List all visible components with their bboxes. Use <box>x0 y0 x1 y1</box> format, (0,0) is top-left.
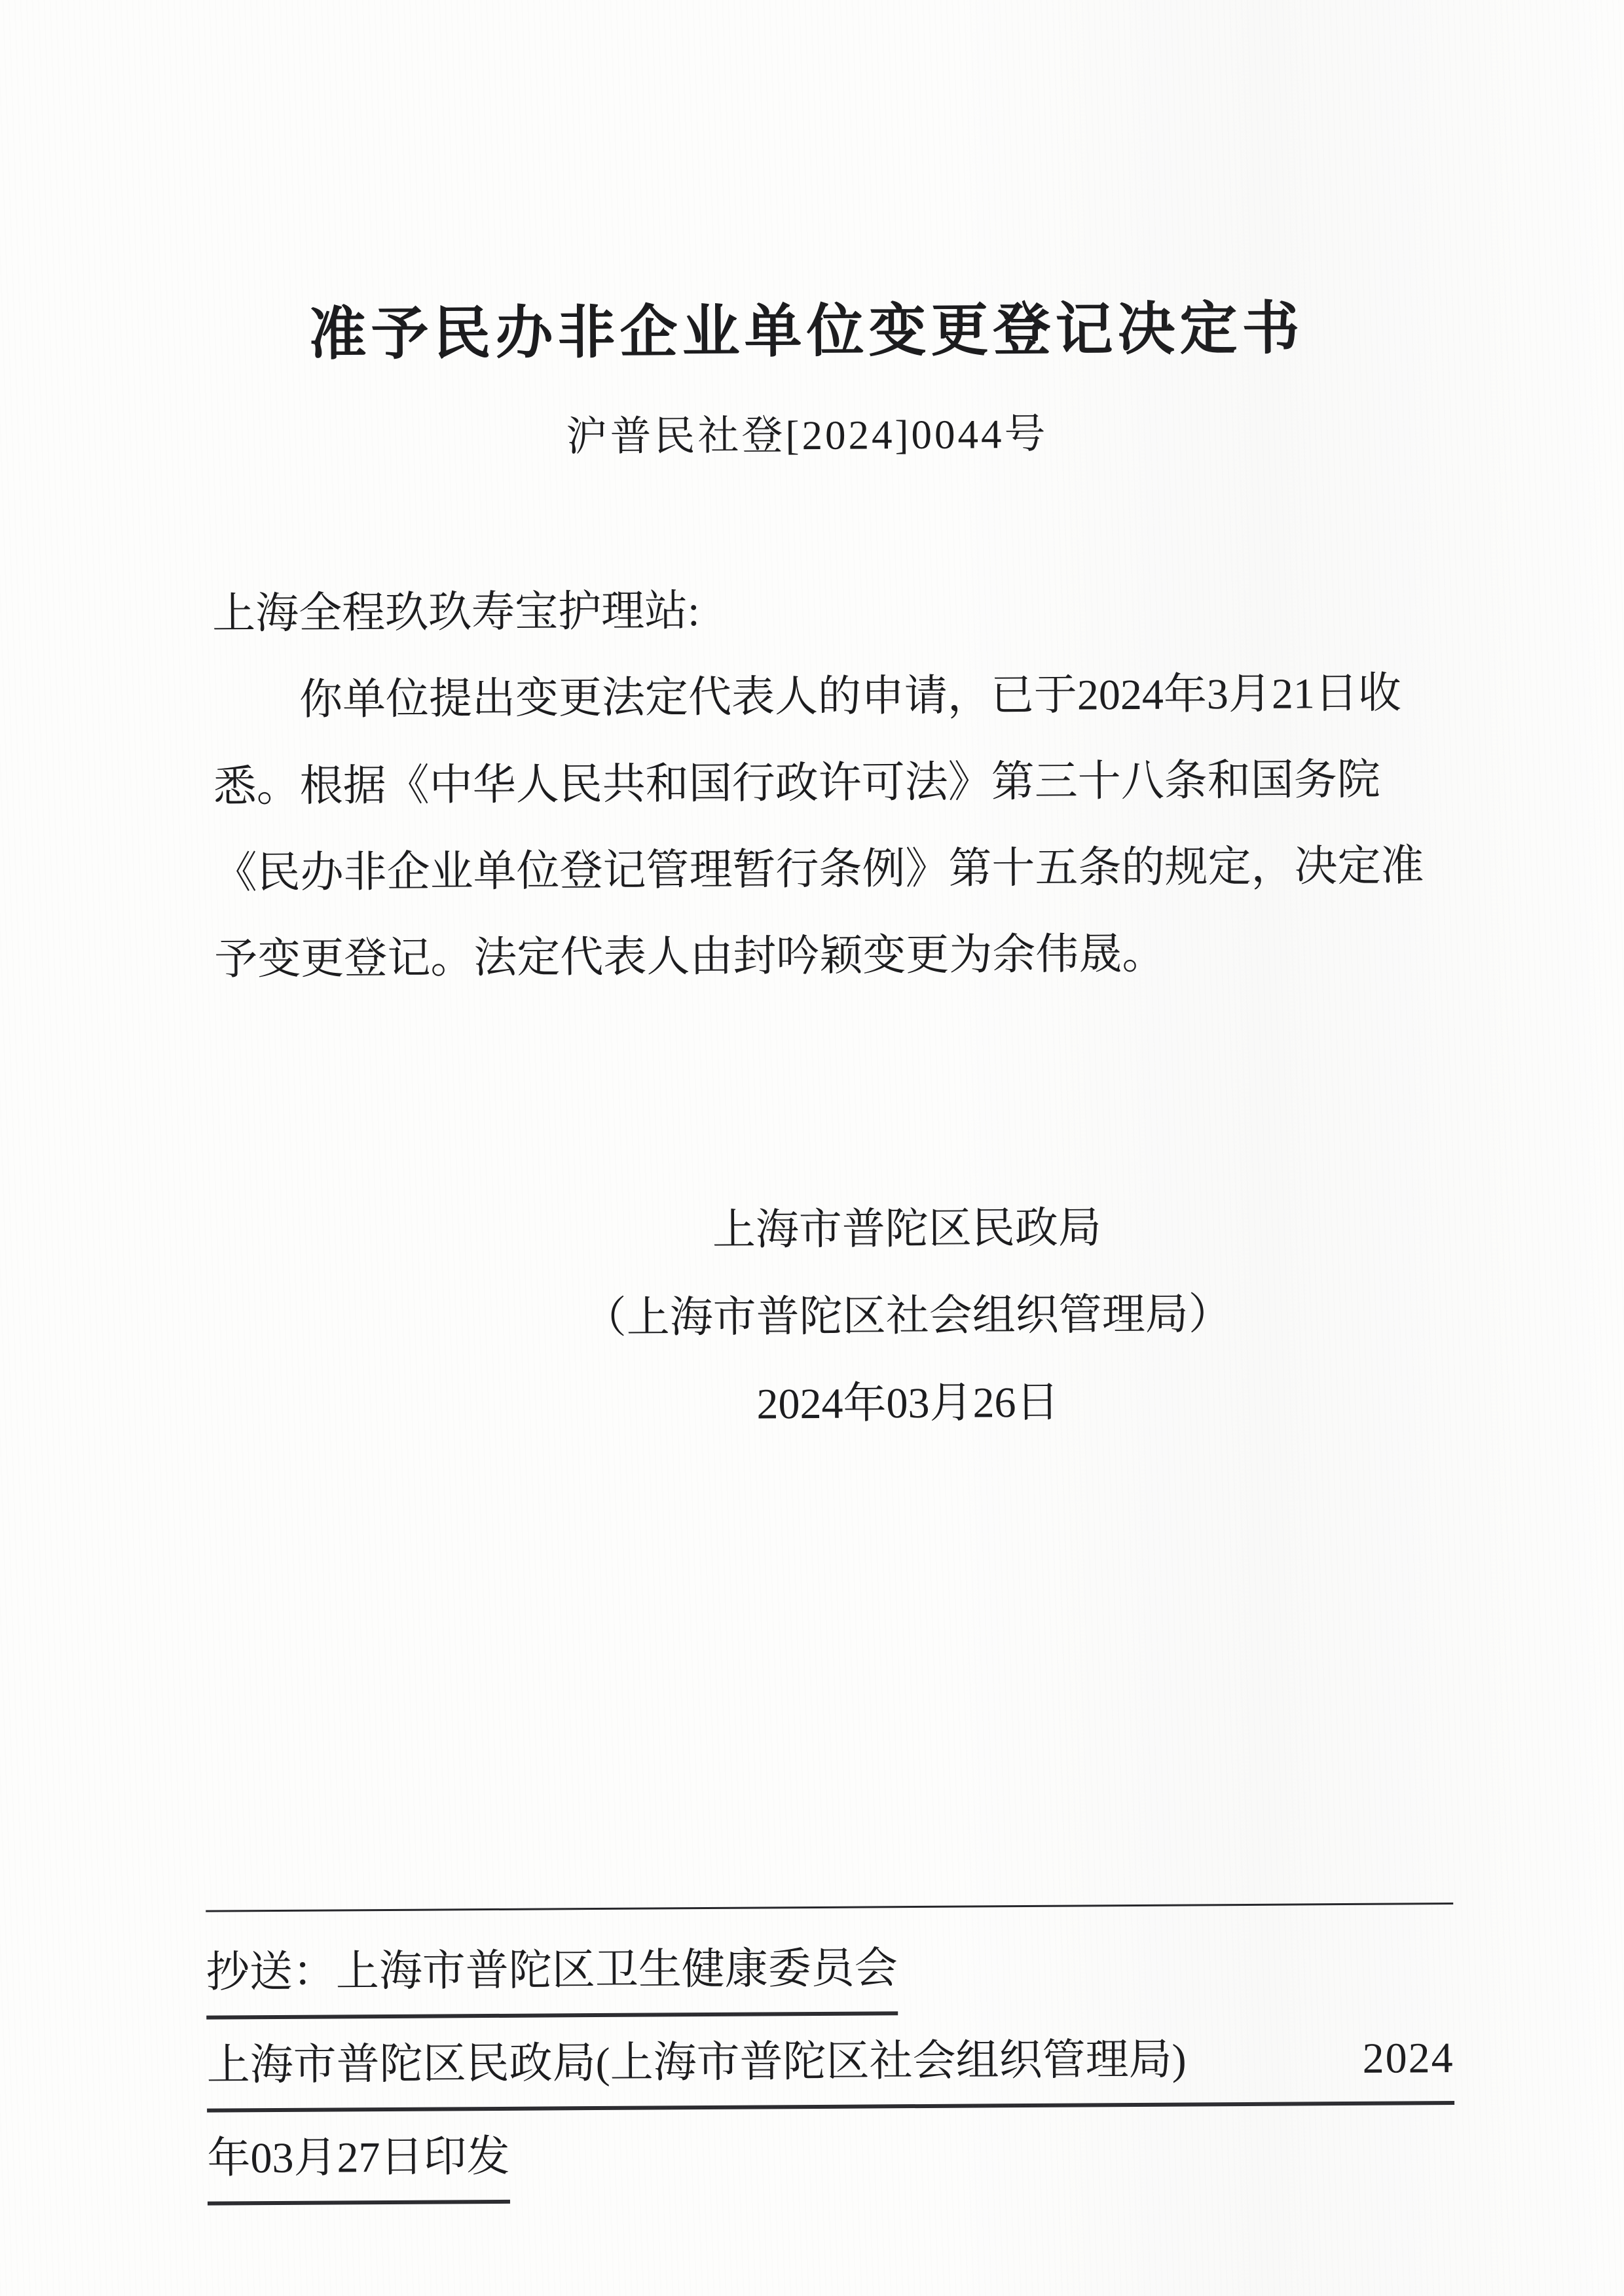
body-line: 予变更登记。法定代表人由封吟颖变更为余伟晟。 <box>214 909 1420 1003</box>
document-title: 准予民办非企业单位变更登记决定书 <box>0 280 1619 373</box>
document-page: 准予民办非企业单位变更登记决定书 沪普民社登[2024]0044号 上海全程玖玖… <box>0 0 1624 2296</box>
document-footer: 抄送：上海市普陀区卫生健康委员会 上海市普陀区民政局(上海市普陀区社会组织管理局… <box>206 1903 1455 2206</box>
signature-org-alt: （上海市普陀区社会组织管理局） <box>311 1269 1504 1364</box>
document-number: 沪普民社登[2024]0044号 <box>0 397 1619 466</box>
recipient-line: 上海全程玖玖寿宝护理站: <box>212 564 1418 657</box>
issue-date-line: 年03月27日印发 <box>207 2115 510 2206</box>
signature-date: 2024年03月26日 <box>312 1357 1504 1451</box>
body-line: 悉。根据《中华人民共和国行政许可法》第三十八条和国务院 <box>213 737 1418 830</box>
signature-block: 上海市普陀区民政局 （上海市普陀区社会组织管理局） 2024年03月26日 <box>311 1182 1504 1451</box>
issue-org: 上海市普陀区民政局(上海市普陀区社会组织管理局) <box>206 2018 1187 2109</box>
signature-org: 上海市普陀区民政局 <box>311 1182 1504 1277</box>
document-sheet: 准予民办非企业单位变更登记决定书 沪普民社登[2024]0044号 上海全程玖玖… <box>0 0 1624 2296</box>
issue-year: 2024 <box>1362 2016 1454 2102</box>
body-line: 你单位提出变更法定代表人的申请，已于2024年3月21日收 <box>213 650 1418 744</box>
issue-line: 上海市普陀区民政局(上海市普陀区社会组织管理局) 2024 <box>206 2016 1454 2113</box>
cc-line: 抄送：上海市普陀区卫生健康委员会 <box>206 1926 898 2019</box>
body-line: 《民办非企业单位登记管理暂行条例》第十五条的规定，决定准 <box>213 823 1419 917</box>
document-body: 上海全程玖玖寿宝护理站: 你单位提出变更法定代表人的申请，已于2024年3月21… <box>212 564 1420 1003</box>
